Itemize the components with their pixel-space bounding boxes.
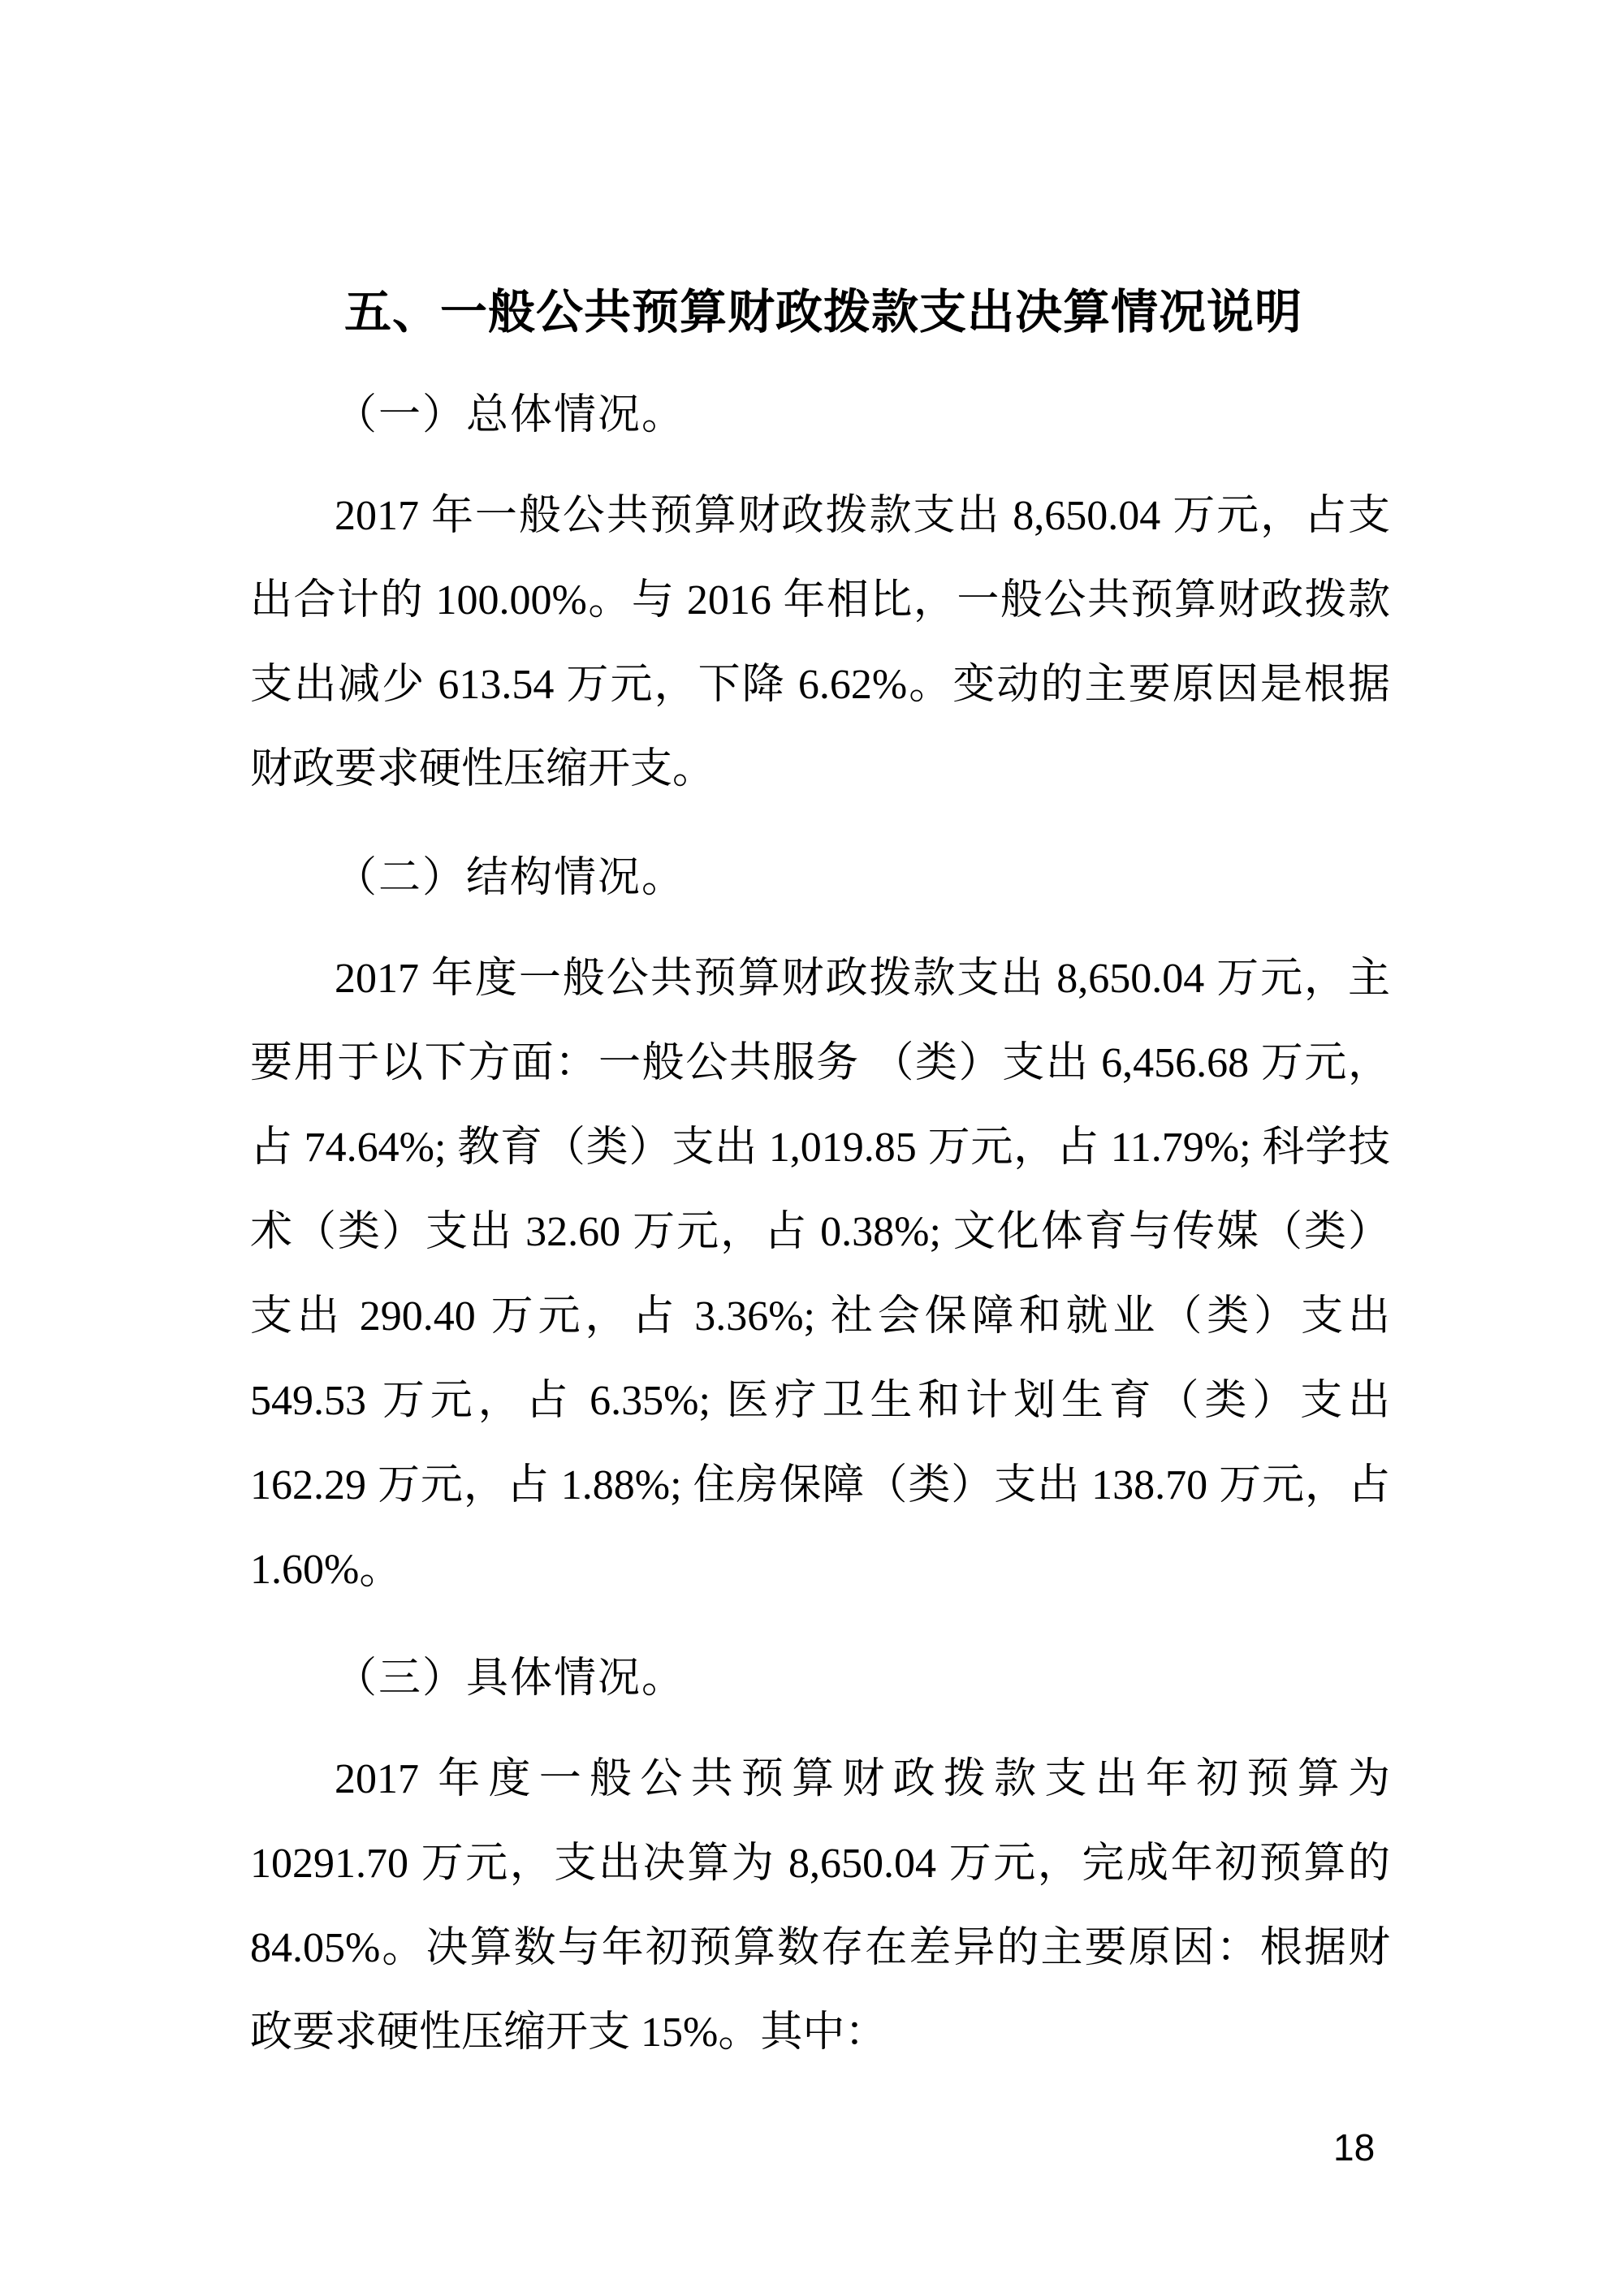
page-title: 五、一般公共预算财政拨款支出决算情况说明: [250, 276, 1390, 349]
body-paragraph-3: 2017 年度一般公共预算财政拨款支出年初预算为 10291.70 万元，支出决…: [250, 1737, 1390, 2075]
body-paragraph-1: 2017 年一般公共预算财政拨款支出 8,650.04 万元，占支出合计的 10…: [250, 474, 1390, 812]
page-number: 18: [1333, 2126, 1375, 2169]
section-structure: （二）结构情况。 2017 年度一般公共预算财政拨款支出 8,650.04 万元…: [250, 836, 1390, 1612]
document-content: 五、一般公共预算财政拨款支出决算情况说明 （一）总体情况。 2017 年一般公共…: [250, 276, 1390, 2100]
body-paragraph-2: 2017 年度一般公共预算财政拨款支出 8,650.04 万元，主要用于以下方面…: [250, 937, 1390, 1612]
section-specific: （三）具体情况。 2017 年度一般公共预算财政拨款支出年初预算为 10291.…: [250, 1637, 1390, 2075]
section-subtitle-2: （二）结构情况。: [250, 836, 1390, 921]
section-subtitle-3: （三）具体情况。: [250, 1637, 1390, 1721]
section-overall: （一）总体情况。 2017 年一般公共预算财政拨款支出 8,650.04 万元，…: [250, 373, 1390, 812]
section-subtitle-1: （一）总体情况。: [250, 373, 1390, 458]
document-page: 五、一般公共预算财政拨款支出决算情况说明 （一）总体情况。 2017 年一般公共…: [0, 0, 1624, 2296]
